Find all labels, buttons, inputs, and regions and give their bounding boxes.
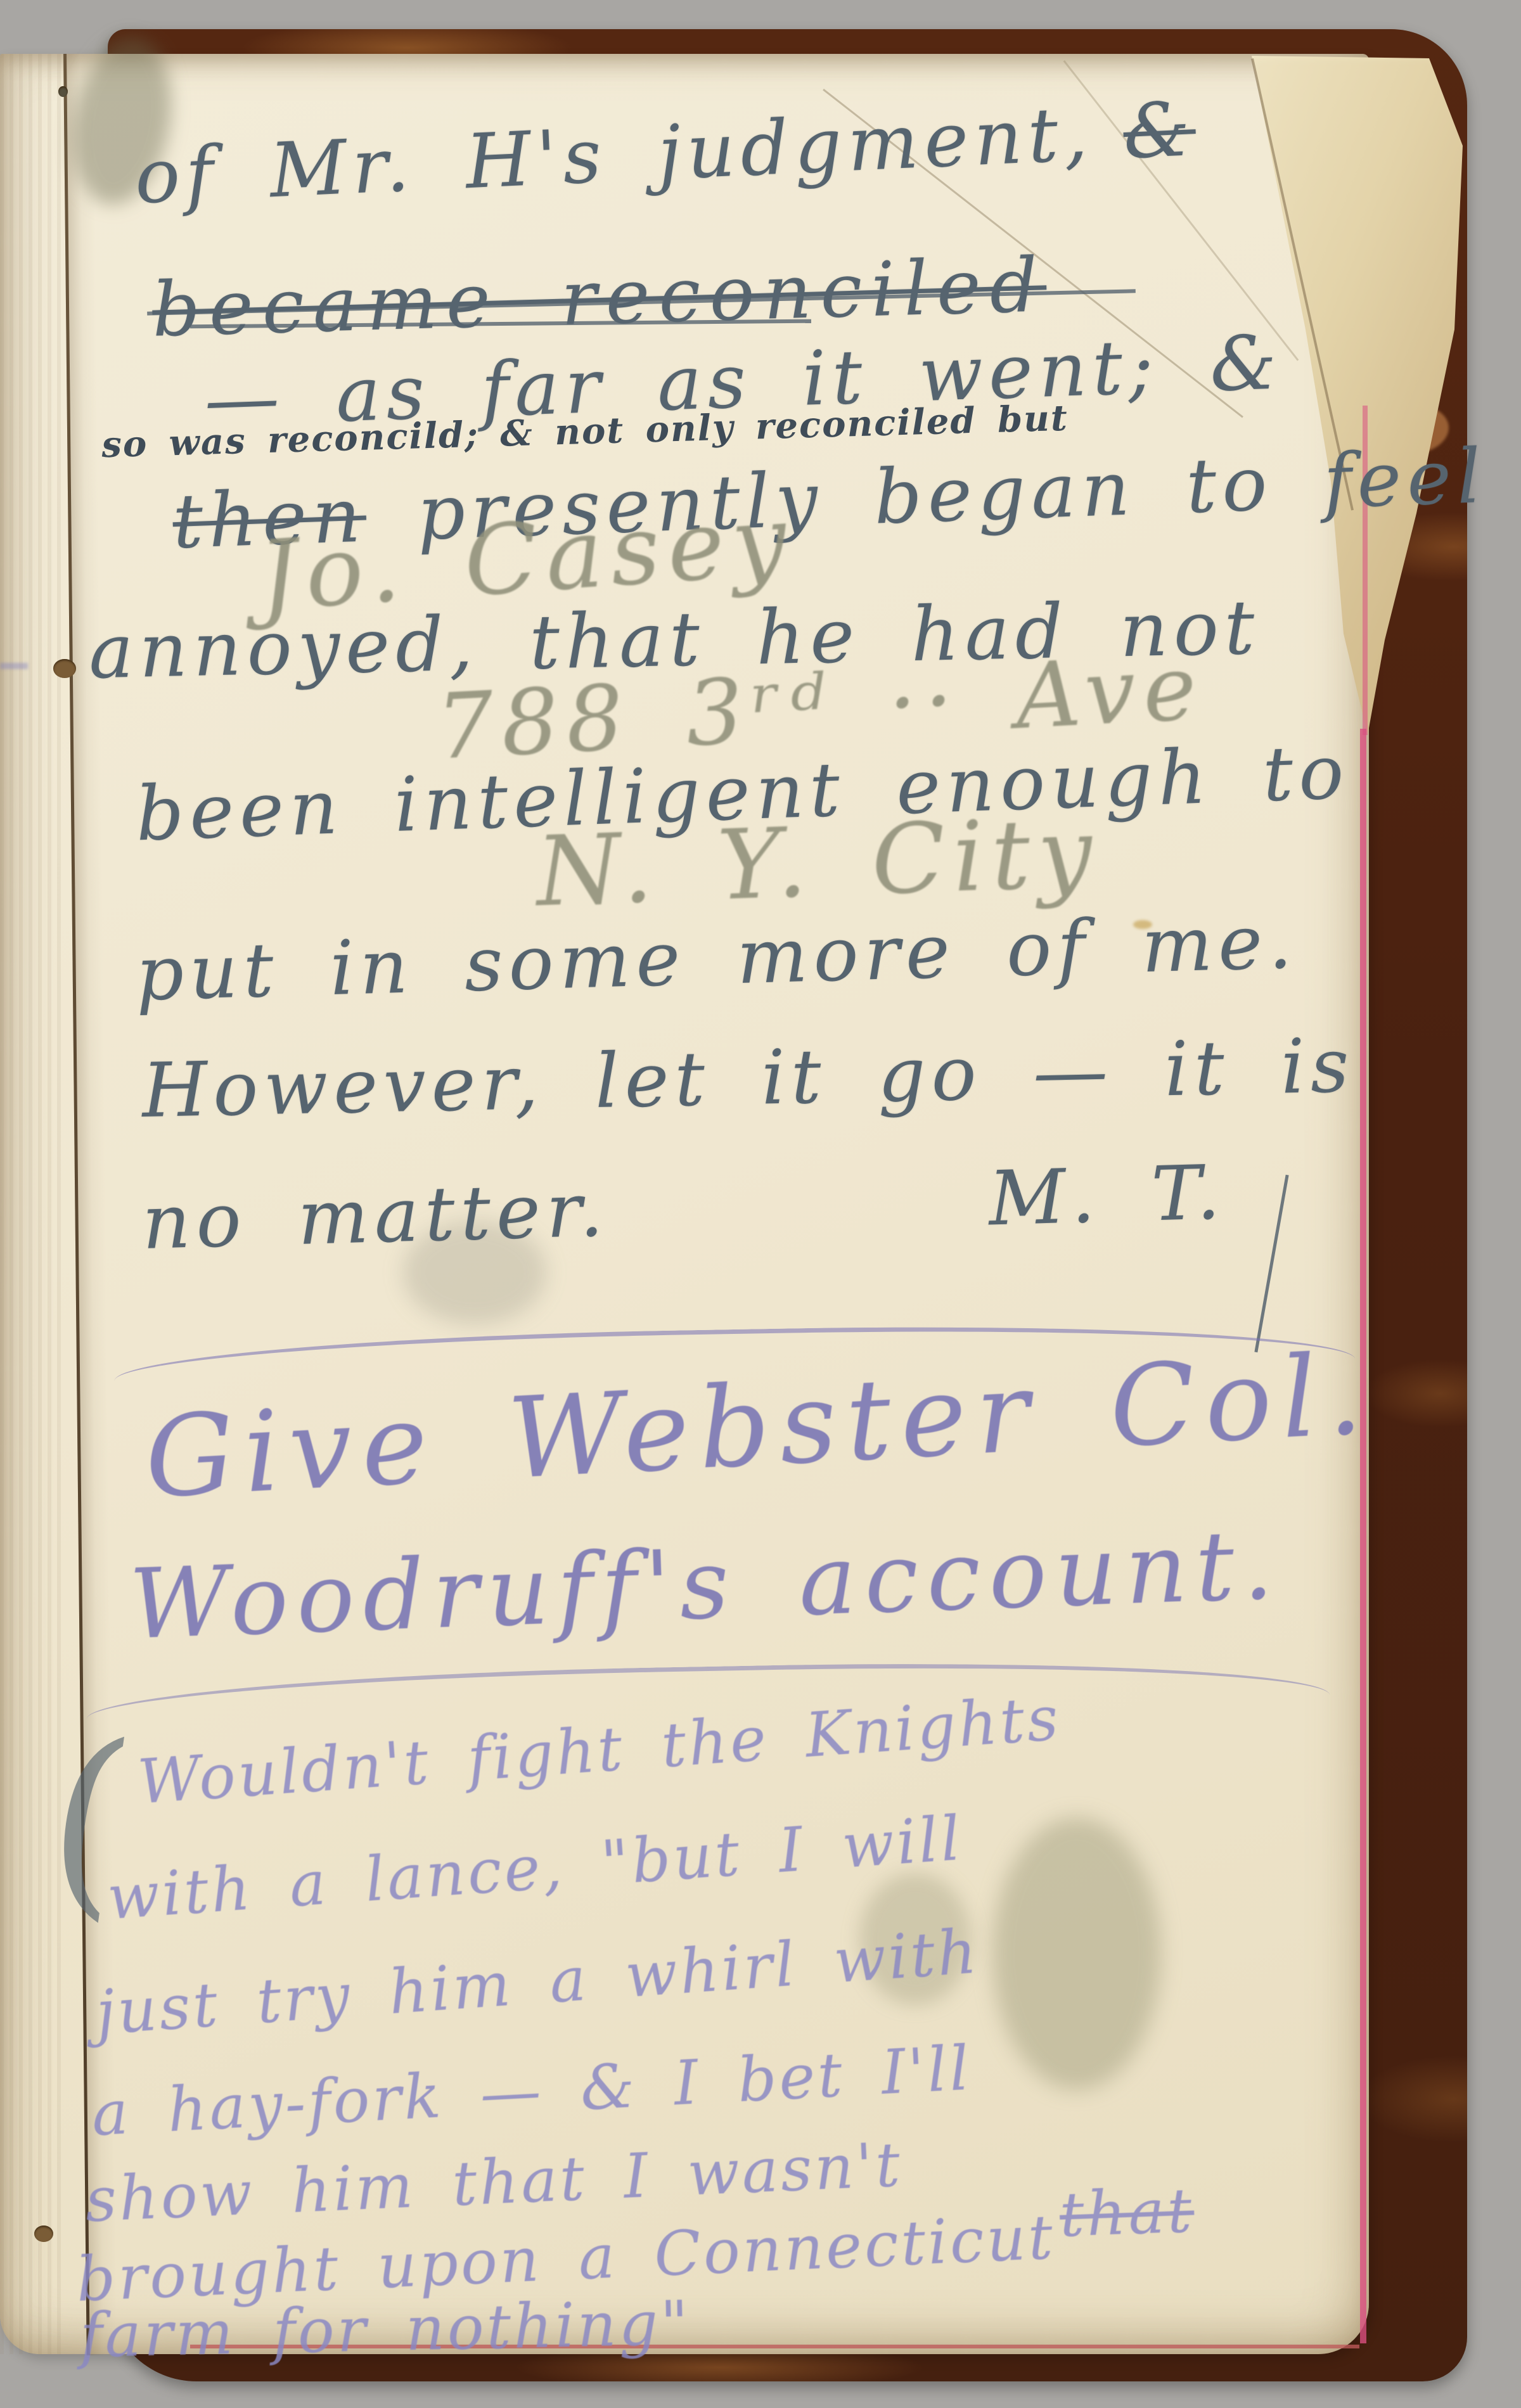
binding-stitch (58, 86, 68, 97)
stray-blue-mark (0, 663, 28, 669)
blue-note-line: farm for nothing" (79, 2288, 691, 2371)
page-edge-pink (1360, 729, 1366, 2343)
fingerprint-smudge (992, 1817, 1161, 2090)
initials-signature: M. T. (987, 1148, 1226, 1242)
binding-stitch (34, 2225, 53, 2242)
notebook-scan: of Mr. H's judgment,& became reconciled … (0, 0, 1521, 2408)
struck-ampersand: & (1121, 85, 1197, 176)
left-margin-texture (0, 54, 65, 2354)
struck-word: that (1058, 2175, 1195, 2250)
binding-stitch (53, 659, 76, 678)
